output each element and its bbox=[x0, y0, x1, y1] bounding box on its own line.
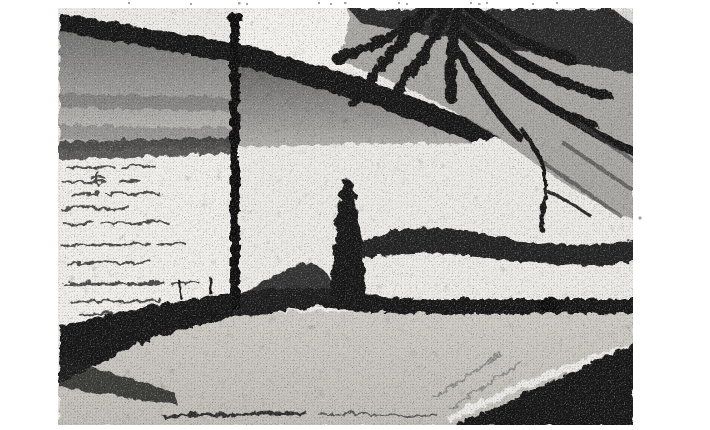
speck bbox=[128, 2, 130, 4]
speck bbox=[330, 3, 332, 5]
photo-frame bbox=[58, 2, 633, 425]
speck bbox=[556, 2, 558, 4]
speck bbox=[470, 2, 472, 4]
speck bbox=[532, 3, 534, 5]
page bbox=[0, 0, 710, 430]
speck bbox=[344, 2, 347, 4]
grain-white-overlay bbox=[58, 8, 633, 425]
speck bbox=[238, 2, 241, 5]
speck bbox=[318, 2, 320, 4]
speck bbox=[478, 3, 481, 5]
halftone-photo bbox=[0, 0, 710, 430]
speck bbox=[406, 3, 408, 5]
speck bbox=[486, 2, 488, 4]
halftone-photo-svg bbox=[0, 0, 710, 430]
speck bbox=[246, 3, 248, 5]
speck bbox=[398, 2, 400, 4]
speck bbox=[190, 3, 192, 5]
stray-fleck bbox=[638, 216, 641, 219]
